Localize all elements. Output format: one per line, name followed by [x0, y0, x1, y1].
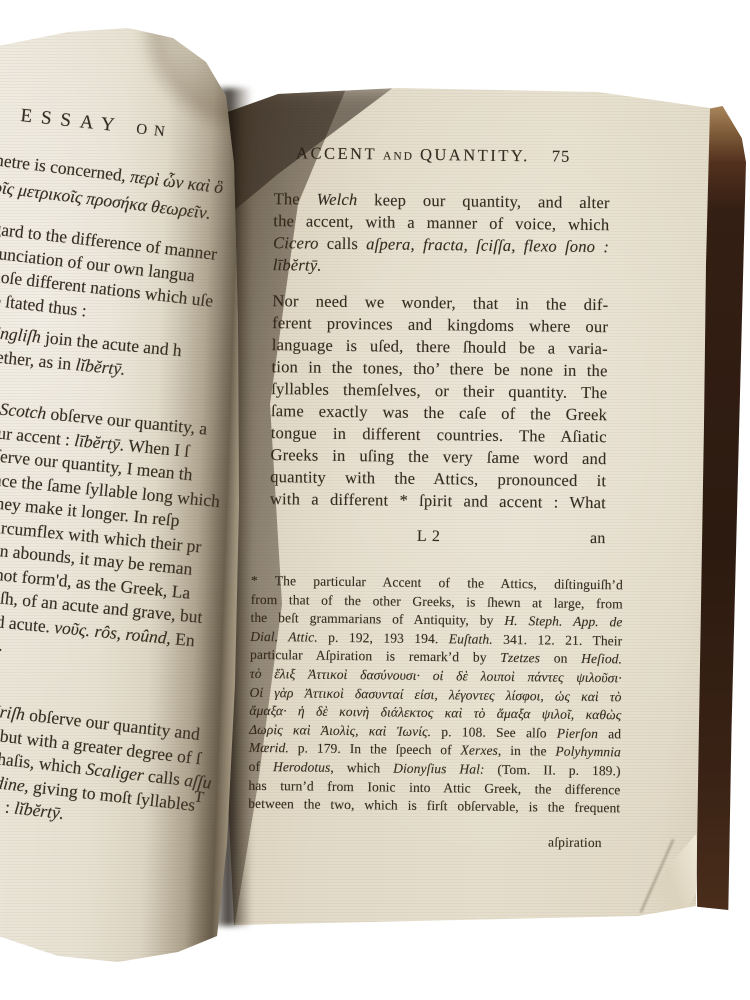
header-word-and: AND: [383, 150, 414, 162]
catchword: an: [535, 527, 605, 550]
right-page: ACCENTANDQUANTITY.75 The Welch keep our …: [218, 84, 718, 929]
left-text-block: Scotch obſerve our quantity, aur accent …: [0, 398, 228, 677]
paragraph-2: Nor need we wonder, that in the dif-fere…: [252, 290, 609, 514]
dog-ear-corner: [626, 834, 702, 918]
footnote-catchword: aſpiration: [248, 828, 602, 854]
left-text-block: gard to the difference of mannernunciati…: [0, 217, 220, 336]
paragraph-1: The Welch keep our quantity, and alterth…: [255, 188, 610, 280]
left-text-block: metre is concerned, περὶ ὧν καὶ ὃτοῖς με…: [0, 146, 225, 228]
left-text-block: Engliſh join the acute and hgether, as i…: [0, 321, 183, 386]
header-word-on: ON: [135, 121, 172, 141]
book-photo: { "colors":{"bg":"#ffffff","ink":"#362d2…: [0, 0, 750, 1000]
running-header-left: ESSAY ON: [19, 104, 173, 145]
header-word-essay: ESSAY: [19, 105, 123, 137]
signature-mark: L 2: [321, 525, 535, 550]
text-line: with a different * ſpirit and accent : W…: [252, 488, 606, 514]
footnote: * The particular Accent of the Attics, d…: [248, 572, 623, 818]
header-word-quantity: QUANTITY.: [420, 145, 530, 165]
page-number: 75: [552, 146, 571, 165]
left-text-block: Iriſh obſerve our quantity and, but with…: [0, 700, 218, 842]
signature-line: L 2 an: [251, 524, 605, 550]
right-page-text-column: ACCENTANDQUANTITY.75 The Welch keep our …: [248, 142, 611, 854]
text-line: between the two, which is firſt obſervab…: [248, 795, 620, 818]
text-line: lībĕrtȳ.: [255, 254, 609, 280]
left-page-text: ESSAY ON metre is concerned, περὶ ὧν καὶ…: [0, 24, 244, 969]
left-page-curled: ESSAY ON metre is concerned, περὶ ὧν καὶ…: [0, 24, 244, 969]
